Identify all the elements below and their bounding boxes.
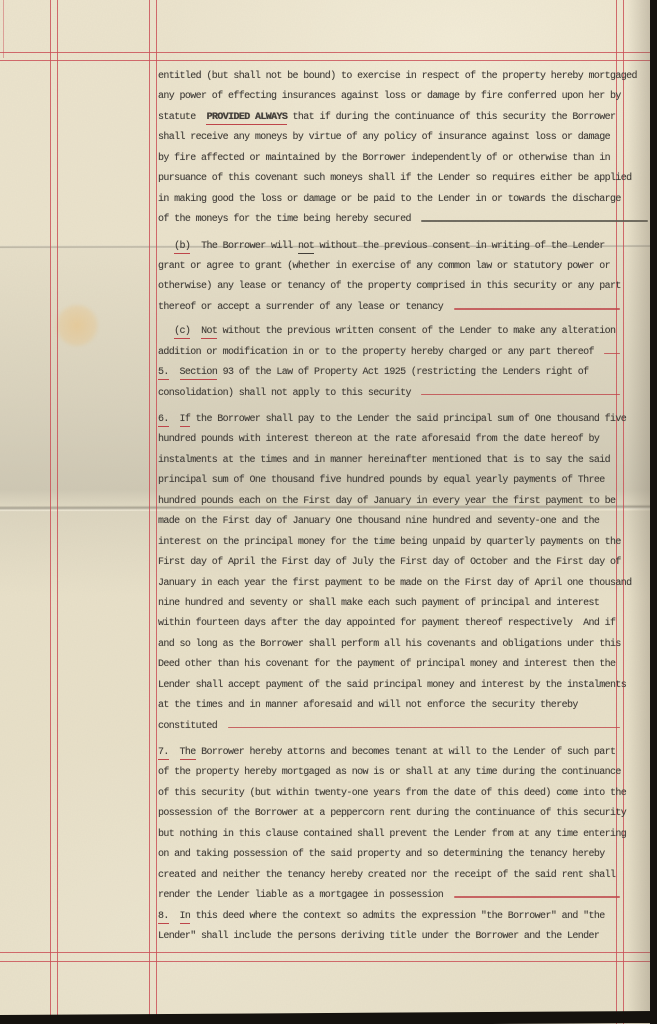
ruled-line-horizontal-bottom [0,952,657,962]
document-page: entitled (but shall not be bound) to exe… [0,0,657,1024]
document-text: entitled (but shall not be bound) to exe… [158,67,648,947]
text-segment: constituted [158,717,223,737]
underlined-text: If [180,414,191,427]
underlined-text: (c) [174,326,190,339]
text-line: principal sum of One thousand five hundr… [158,471,648,491]
text-segment: instalments at the times and in manner h… [158,455,610,466]
ruled-line-vertical-inner-left [149,0,157,1024]
filler-rule [421,220,648,222]
underlined-text: 7. [158,747,169,760]
text-segment [158,241,174,252]
text-segment: consolidation) shall not apply to this s… [158,384,416,404]
text-segment: nine hundred and seventy or shall make e… [158,598,599,609]
text-line: 6. If the Borrower shall pay to the Lend… [158,410,648,430]
text-line: nine hundred and seventy or shall make e… [158,594,648,614]
text-line: in making good the loss or damage or be … [158,190,648,210]
text-segment: by fire affected or maintained by the Bo… [158,153,610,164]
text-line: Lender shall accept payment of the said … [158,676,648,696]
paper-edge-shadow [627,0,651,1024]
filler-rule [604,353,620,355]
text-segment [190,326,201,337]
text-segment: on and taking possession of the said pro… [158,849,605,860]
scan-edge-bottom [0,1011,657,1024]
text-segment: hundred pounds with interest thereon at … [158,434,599,445]
text-segment: created and neither the tenancy hereby c… [158,870,615,881]
text-segment: within fourteen days after the day appoi… [158,618,615,629]
text-segment [169,911,180,922]
text-line: made on the First day of January One tho… [158,512,648,532]
text-segment: this deed where the context so admits th… [190,911,604,922]
text-line: created and neither the tenancy hereby c… [158,866,648,886]
text-segment: without the previous written consent of … [217,326,615,337]
text-line: within fourteen days after the day appoi… [158,614,648,634]
text-segment: principal sum of One thousand five hundr… [158,475,605,486]
text-line: shall receive any moneys by virtue of an… [158,128,648,148]
text-segment: the Borrower shall pay to the Lender the… [190,414,626,425]
text-line: statute PROVIDED ALWAYS that if during t… [158,108,648,128]
text-segment: shall receive any moneys by virtue of an… [158,132,610,143]
underlined-text: In [180,911,191,924]
text-segment: addition or modification in or to the pr… [158,343,599,363]
ruled-line-vertical-outer-left [50,0,58,1024]
text-segment: January in each year the first payment t… [158,578,632,589]
text-segment: in making good the loss or damage or be … [158,194,621,205]
text-line: 5. Section 93 of the Law of Property Act… [158,363,648,383]
text-segment: but nothing in this clause contained sha… [158,829,626,840]
text-line: render the Lender liable as a mortgagee … [158,886,620,906]
text-line: 7. The Borrower hereby attorns and becom… [158,743,648,763]
text-segment: Lender" shall include the persons derivi… [158,931,599,942]
text-segment [158,326,174,337]
text-segment: made on the First day of January One tho… [158,516,599,527]
text-line: January in each year the first payment t… [158,574,648,594]
text-line: pursuance of this covenant such moneys s… [158,169,648,189]
filler-rule [421,394,620,396]
text-segment: of the moneys for the time being hereby … [158,210,416,230]
text-segment: grant or agree to grant (whether in exer… [158,261,610,272]
text-segment: entitled (but shall not be bound) to exe… [158,71,637,82]
underlined-text: 6. [158,414,169,427]
text-segment: any power of effecting insurances agains… [158,91,621,102]
underlined-text: PROVIDED ALWAYS [206,112,287,125]
text-line: thereof or accept a surrender of any lea… [158,298,620,318]
text-line: instalments at the times and in manner h… [158,451,648,471]
filler-rule [228,727,620,729]
text-segment: without the previous consent in writing … [314,241,605,252]
text-segment: First day of April the First day of July… [158,557,621,568]
text-line: and so long as the Borrower shall perfor… [158,635,648,655]
text-line: (b) The Borrower will not without the pr… [158,237,648,257]
ruled-line-horizontal-top [0,52,657,61]
text-segment: 93 of the Law of Property Act 1925 (rest… [217,367,588,378]
text-segment [169,367,180,378]
text-line: Lender" shall include the persons derivi… [158,927,648,947]
text-line: on and taking possession of the said pro… [158,845,648,865]
text-segment: Borrower hereby attorns and becomes tena… [196,747,616,758]
text-line: any power of effecting insurances agains… [158,87,648,107]
text-segment: pursuance of this covenant such moneys s… [158,173,632,184]
text-line: of the property hereby mortgaged as now … [158,763,648,783]
text-segment: possession of the Borrower at a pepperco… [158,808,626,819]
text-segment: otherwise) any lease or tenancy of the p… [158,281,621,292]
text-segment [169,414,180,425]
text-segment: and so long as the Borrower shall perfor… [158,639,621,650]
text-segment [169,747,180,758]
text-segment: statute [158,112,206,123]
text-line: First day of April the First day of July… [158,553,648,573]
text-line: entitled (but shall not be bound) to exe… [158,67,648,87]
ruled-line-left-edge-fragment [3,0,4,58]
text-segment: interest on the principal money for the … [158,537,621,548]
text-line: of the moneys for the time being hereby … [158,210,648,230]
text-segment: hundred pounds each on the First day of … [158,496,615,507]
text-line: (c) Not without the previous written con… [158,322,648,342]
underlined-text: Not [201,326,217,339]
text-segment: of the property hereby mortgaged as now … [158,767,621,778]
text-line: interest on the principal money for the … [158,533,648,553]
filler-rule [454,896,620,898]
scan-edge-right [650,0,657,1024]
text-segment: render the Lender liable as a mortgagee … [158,886,449,906]
text-line: addition or modification in or to the pr… [158,343,620,363]
text-line: but nothing in this clause contained sha… [158,825,648,845]
filler-rule [454,308,620,310]
text-line: otherwise) any lease or tenancy of the p… [158,277,648,297]
text-line: by fire affected or maintained by the Bo… [158,149,648,169]
text-segment: The Borrower will [190,241,298,252]
text-line: 8. In this deed where the context so adm… [158,907,648,927]
underlined-text: 8. [158,911,169,924]
text-line: at the times and in manner aforesaid and… [158,696,648,716]
text-line: constituted [158,717,620,737]
underlined-text: (b) [174,241,190,254]
text-line: grant or agree to grant (whether in exer… [158,257,648,277]
text-segment: of this security (but within twenty-one … [158,788,626,799]
underlined-text: 5. [158,367,169,380]
text-segment: at the times and in manner aforesaid and… [158,700,578,711]
text-segment: that if during the continuance of this s… [287,112,615,123]
underlined-text: not [298,241,314,254]
text-segment: Lender shall accept payment of the said … [158,680,626,691]
text-segment: thereof or accept a surrender of any lea… [158,298,449,318]
text-line: hundred pounds each on the First day of … [158,492,648,512]
underlined-text: Section [180,367,218,380]
text-line: consolidation) shall not apply to this s… [158,384,620,404]
underlined-text: The [180,747,196,760]
text-segment: Deed other than his covenant for the pay… [158,659,615,670]
text-line: of this security (but within twenty-one … [158,784,648,804]
text-line: possession of the Borrower at a pepperco… [158,804,648,824]
stain-mark [55,304,99,347]
text-line: hundred pounds with interest thereon at … [158,430,648,450]
text-line: Deed other than his covenant for the pay… [158,655,648,675]
